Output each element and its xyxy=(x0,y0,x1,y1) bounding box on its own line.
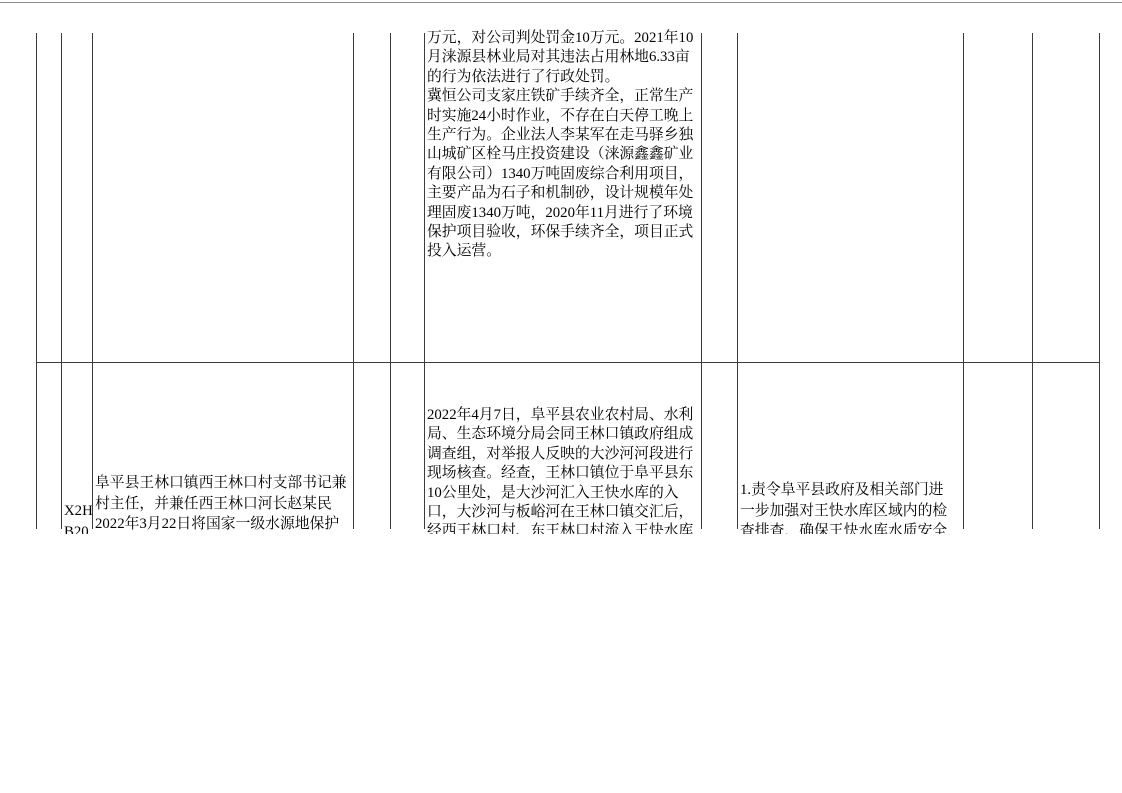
text-line: 山城矿区栓马庄投资建设（涞源鑫鑫矿业 xyxy=(427,145,705,164)
table-column-border-10 xyxy=(1032,33,1033,529)
text-line: 投入运营。 xyxy=(427,242,705,261)
text-line: 经西王林口村、东王林口村流入王快水库 xyxy=(427,522,705,534)
text-line: 调查组，对举报人反映的大沙河河段进行 xyxy=(427,445,705,464)
text-line: 口，大沙河与板峪河在王林口镇交汇后， xyxy=(427,503,705,522)
text-line: 2022年4月7日，阜平县农业农村局、水利 xyxy=(427,406,705,425)
table-column-border-3 xyxy=(92,33,93,529)
text-line: 1.责令阜平县政府及相关部门进 xyxy=(740,480,964,501)
text-line: 保护项目验收，环保手续齐全，项目正式 xyxy=(427,223,705,242)
text-line: 的行为依法进行了行政处罚。 xyxy=(427,68,705,87)
text-line: 主要产品为石子和机制砂，设计规模年处 xyxy=(427,184,705,203)
text-line: 2022年3月22日将国家一级水源地保护 xyxy=(95,514,357,534)
table-row-divider xyxy=(36,362,1100,363)
table-column-border-8 xyxy=(737,33,738,529)
row2-handling-measures-cell: 1.责令阜平县政府及相关部门进一步加强对王快水库区域内的检查排查，确保王快水库水… xyxy=(740,480,964,534)
row1-investigation-findings-cell: 万元，对公司判处罚金10万元。2021年10月涞源县林业局对其违法占用林地6.3… xyxy=(427,29,705,262)
text-line: B20 xyxy=(64,522,94,535)
text-line: 万元，对公司判处罚金10万元。2021年10 xyxy=(427,29,705,48)
row2-investigation-findings-cell: 2022年4月7日，阜平县农业农村局、水利局、生态环境分局会同王林口镇政府组成调… xyxy=(427,406,705,534)
table-column-border-1 xyxy=(36,33,37,529)
row2-case-number-cell: X2HB20 xyxy=(64,501,94,534)
text-line: 查排查，确保王快水库水质安全 xyxy=(740,521,964,534)
row2-complaint-cell: 阜平县王林口镇西王林口村支部书记兼村主任，并兼任西王林口河长赵某民2022年3月… xyxy=(95,473,357,534)
table-column-border-9 xyxy=(963,33,964,529)
text-line: 冀恒公司支家庄铁矿手续齐全，正常生产 xyxy=(427,87,705,106)
text-line: 生产行为。企业法人李某军在走马驿乡独 xyxy=(427,126,705,145)
table-column-border-4 xyxy=(353,33,354,529)
text-line: 村主任，并兼任西王林口河长赵某民 xyxy=(95,494,357,515)
text-line: 一步加强对王快水库区域内的检 xyxy=(740,501,964,522)
text-line: 现场核查。经查，王林口镇位于阜平县东 xyxy=(427,464,705,483)
table-column-border-6 xyxy=(424,33,425,529)
table-column-border-2 xyxy=(61,33,62,529)
table-column-border-5 xyxy=(390,33,391,529)
text-line: 阜平县王林口镇西王林口村支部书记兼 xyxy=(95,473,357,494)
table-visible-region: 万元，对公司判处罚金10万元。2021年10月涞源县林业局对其违法占用林地6.3… xyxy=(0,0,1122,534)
text-line: 理固废1340万吨，2020年11月进行了环境 xyxy=(427,204,705,223)
text-line: 局、生态环境分局会同王林口镇政府组成 xyxy=(427,425,705,444)
text-line: 10公里处，是大沙河汇入王快水库的入 xyxy=(427,484,705,503)
table-column-border-11 xyxy=(1099,33,1100,529)
text-line: 有限公司）1340万吨固废综合利用项目， xyxy=(427,165,705,184)
text-line: X2H xyxy=(64,501,94,522)
document-page: 万元，对公司判处罚金10万元。2021年10月涞源县林业局对其违法占用林地6.3… xyxy=(0,0,1122,793)
text-line: 时实施24小时作业，不存在白天停工晚上 xyxy=(427,107,705,126)
text-line: 月涞源县林业局对其违法占用林地6.33亩 xyxy=(427,48,705,67)
